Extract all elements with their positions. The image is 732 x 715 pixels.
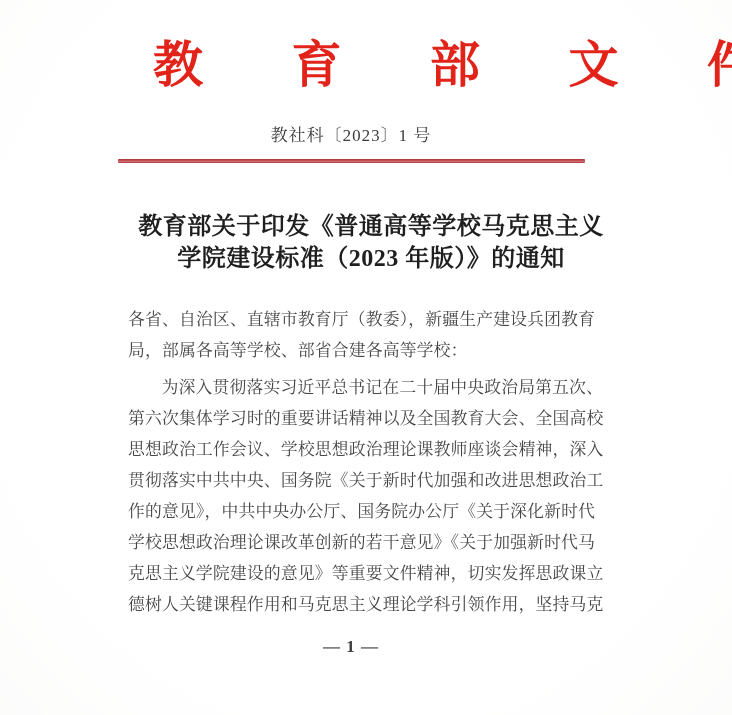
body-line: 贯彻落实中共中央、国务院《关于新时代加强和改进思想政治工 <box>128 465 574 496</box>
body-line: 局，部属各高等学校、部省合建各高等学校： <box>128 335 574 366</box>
red-divider-line <box>118 159 585 163</box>
document-body: 各省、自治区、直辖市教育厅（教委），新疆生产建设兵团教育 局，部属各高等学校、部… <box>128 304 574 620</box>
body-line: 作的意见》，中共中央办公厅、国务院办公厅《关于深化新时代 <box>128 496 574 527</box>
body-line: 为深入贯彻落实习近平总书记在二十届中央政治局第五次、 <box>128 372 574 403</box>
body-line: 学校思想政治理论课改革创新的若干意见》《关于加强新时代马 <box>128 527 574 558</box>
body-line: 各省、自治区、直辖市教育厅（教委），新疆生产建设兵团教育 <box>128 304 574 335</box>
body-line: 思想政治工作会议、学校思想政治理论课教师座谈会精神，深入 <box>128 434 574 465</box>
body-line: 克思主义学院建设的意见》等重要文件精神，切实发挥思政课立 <box>128 558 574 589</box>
document-title-line-2: 学院建设标准（2023 年版）》的通知 <box>135 243 607 275</box>
document-page: 教 育 部 文 件 教社科〔2023〕1 号 教育部关于印发《普通高等学校马克思… <box>0 0 732 715</box>
page-number: — 1 — <box>115 636 587 658</box>
document-content-column: 教 育 部 文 件 教社科〔2023〕1 号 教育部关于印发《普通高等学校马克思… <box>115 0 587 715</box>
document-title: 教育部关于印发《普通高等学校马克思主义 学院建设标准（2023 年版）》的通知 <box>135 211 607 275</box>
document-number: 教社科〔2023〕1 号 <box>115 125 587 147</box>
document-header-title: 教 育 部 文 件 <box>115 36 587 94</box>
body-line: 第六次集体学习时的重要讲话精神以及全国教育大会、全国高校 <box>128 403 574 434</box>
document-title-line-1: 教育部关于印发《普通高等学校马克思主义 <box>135 211 607 243</box>
body-line: 德树人关键课程作用和马克思主义理论学科引领作用，坚持马克 <box>128 589 574 620</box>
